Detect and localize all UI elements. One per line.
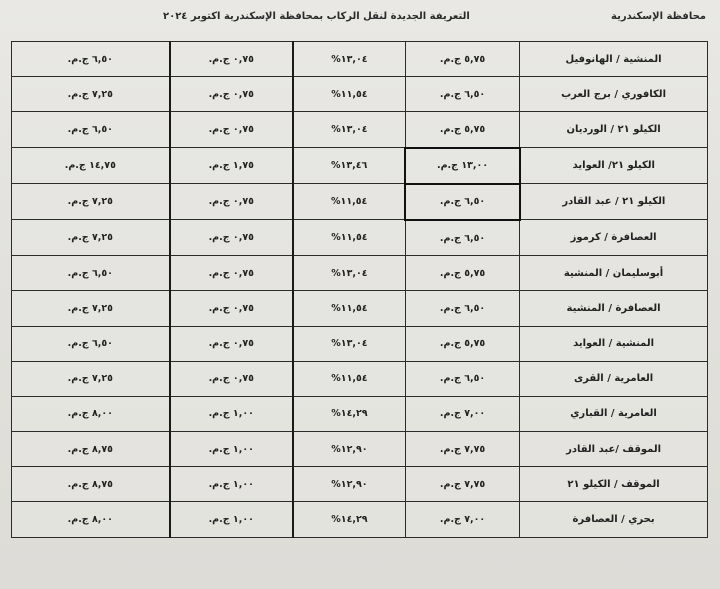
organization-label: محافظة الإسكندرية <box>611 11 706 22</box>
table-row: المنشية / العوايد٥,٧٥ ج.م.%١٣,٠٤٠,٧٥ ج.م… <box>12 326 708 361</box>
table-row: الموقف /عبد القادر٧,٧٥ ج.م.%١٢,٩٠١,٠٠ ج.… <box>12 432 708 467</box>
table-row: الموقف / الكيلو ٢١٧,٧٥ ج.م.%١٢,٩٠١,٠٠ ج.… <box>12 467 708 502</box>
fare-table: المنشية / الهانوفيل٥,٧٥ ج.م.%١٣,٠٤٠,٧٥ ج… <box>11 41 708 538</box>
increase-amount-cell: ٠,٧٥ ج.م. <box>170 326 293 361</box>
old-fare-cell: ٦,٥٠ ج.م. <box>405 184 519 220</box>
table-row: الكيلو ٢١/ العوايد١٣,٠٠ ج.م.%١٣,٤٦١,٧٥ ج… <box>12 148 708 184</box>
increase-percent-cell: %١٣,٠٤ <box>293 256 406 291</box>
table-row: الكيلو ٢١ / الورديان٥,٧٥ ج.م.%١٣,٠٤٠,٧٥ … <box>12 112 708 148</box>
route-cell: الكيلو ٢١ / الورديان <box>520 112 708 148</box>
table-row: العصافرة / كرموز٦,٥٠ ج.م.%١١,٥٤٠,٧٥ ج.م.… <box>12 220 708 256</box>
new-fare-cell: ٦,٥٠ ج.م. <box>12 326 170 361</box>
increase-amount-cell: ١,٧٥ ج.م. <box>170 148 293 184</box>
route-cell: العامرية / القرى <box>520 361 708 396</box>
route-cell: الكافوري / برج العرب <box>520 77 708 112</box>
new-fare-cell: ٧,٢٥ ج.م. <box>12 77 170 112</box>
increase-amount-cell: ٠,٧٥ ج.م. <box>170 256 293 291</box>
table-row: أبوسليمان / المنشية٥,٧٥ ج.م.%١٣,٠٤٠,٧٥ ج… <box>12 256 708 291</box>
increase-percent-cell: %١٢,٩٠ <box>293 467 406 502</box>
route-cell: الموقف /عبد القادر <box>520 432 708 467</box>
increase-percent-cell: %١٢,٩٠ <box>293 432 406 467</box>
increase-percent-cell: %١١,٥٤ <box>293 184 406 220</box>
new-fare-cell: ٧,٢٥ ج.م. <box>12 184 170 220</box>
increase-amount-cell: ٠,٧٥ ج.م. <box>170 77 293 112</box>
new-fare-cell: ٧,٢٥ ج.م. <box>12 361 170 396</box>
new-fare-cell: ٦,٥٠ ج.م. <box>12 256 170 291</box>
increase-amount-cell: ٠,٧٥ ج.م. <box>170 220 293 256</box>
new-fare-cell: ٨,٧٥ ج.م. <box>12 467 170 502</box>
route-cell: بحري / العصافرة <box>520 502 708 537</box>
old-fare-cell: ١٣,٠٠ ج.م. <box>405 148 519 184</box>
increase-amount-cell: ١,٠٠ ج.م. <box>170 432 293 467</box>
route-cell: المنشية / العوايد <box>520 326 708 361</box>
route-cell: الكيلو ٢١ / عبد القادر <box>520 184 708 220</box>
increase-amount-cell: ١,٠٠ ج.م. <box>170 396 293 431</box>
old-fare-cell: ٥,٧٥ ج.م. <box>405 256 519 291</box>
fare-table-body: المنشية / الهانوفيل٥,٧٥ ج.م.%١٣,٠٤٠,٧٥ ج… <box>12 42 708 538</box>
increase-amount-cell: ٠,٧٥ ج.م. <box>170 42 293 77</box>
old-fare-cell: ٥,٧٥ ج.م. <box>405 326 519 361</box>
new-fare-cell: ٧,٢٥ ج.م. <box>12 220 170 256</box>
table-row: العامرية / القرى٦,٥٠ ج.م.%١١,٥٤٠,٧٥ ج.م.… <box>12 361 708 396</box>
new-fare-cell: ١٤,٧٥ ج.م. <box>12 148 170 184</box>
new-fare-cell: ٨,٠٠ ج.م. <box>12 502 170 537</box>
increase-percent-cell: %١١,٥٤ <box>293 361 406 396</box>
old-fare-cell: ٦,٥٠ ج.م. <box>405 220 519 256</box>
route-cell: الكيلو ٢١/ العوايد <box>520 148 708 184</box>
increase-percent-cell: %١٤,٢٩ <box>293 502 406 537</box>
old-fare-cell: ٦,٥٠ ج.م. <box>405 291 519 326</box>
old-fare-cell: ٥,٧٥ ج.م. <box>405 112 519 148</box>
new-fare-cell: ٦,٥٠ ج.م. <box>12 42 170 77</box>
route-cell: أبوسليمان / المنشية <box>520 256 708 291</box>
increase-percent-cell: %١٣,٠٤ <box>293 326 406 361</box>
table-row: الكافوري / برج العرب٦,٥٠ ج.م.%١١,٥٤٠,٧٥ … <box>12 77 708 112</box>
increase-percent-cell: %١٤,٢٩ <box>293 396 406 431</box>
old-fare-cell: ٦,٥٠ ج.م. <box>405 77 519 112</box>
new-fare-cell: ٦,٥٠ ج.م. <box>12 112 170 148</box>
old-fare-cell: ٧,٠٠ ج.م. <box>405 502 519 537</box>
increase-percent-cell: %١١,٥٤ <box>293 77 406 112</box>
old-fare-cell: ٧,٧٥ ج.م. <box>405 467 519 502</box>
increase-percent-cell: %١٣,٠٤ <box>293 42 406 77</box>
old-fare-cell: ٦,٥٠ ج.م. <box>405 361 519 396</box>
table-row: الكيلو ٢١ / عبد القادر٦,٥٠ ج.م.%١١,٥٤٠,٧… <box>12 184 708 220</box>
table-row: العصافرة / المنشية٦,٥٠ ج.م.%١١,٥٤٠,٧٥ ج.… <box>12 291 708 326</box>
table-row: العامرية / القباري٧,٠٠ ج.م.%١٤,٢٩١,٠٠ ج.… <box>12 396 708 431</box>
table-row: بحري / العصافرة٧,٠٠ ج.م.%١٤,٢٩١,٠٠ ج.م.٨… <box>12 502 708 537</box>
increase-amount-cell: ٠,٧٥ ج.م. <box>170 361 293 396</box>
increase-amount-cell: ٠,٧٥ ج.م. <box>170 291 293 326</box>
route-cell: العصافرة / المنشية <box>520 291 708 326</box>
increase-amount-cell: ٠,٧٥ ج.م. <box>170 184 293 220</box>
old-fare-cell: ٧,٧٥ ج.م. <box>405 432 519 467</box>
page-title: التعريفة الجديدة لنقل الركاب بمحافظة الإ… <box>163 11 470 22</box>
page-header: محافظة الإسكندرية التعريفة الجديدة لنقل … <box>0 0 720 34</box>
route-cell: الموقف / الكيلو ٢١ <box>520 467 708 502</box>
increase-percent-cell: %١٣,٠٤ <box>293 112 406 148</box>
route-cell: العامرية / القباري <box>520 396 708 431</box>
increase-percent-cell: %١١,٥٤ <box>293 291 406 326</box>
route-cell: المنشية / الهانوفيل <box>520 42 708 77</box>
increase-amount-cell: ١,٠٠ ج.م. <box>170 502 293 537</box>
route-cell: العصافرة / كرموز <box>520 220 708 256</box>
new-fare-cell: ٨,٠٠ ج.م. <box>12 396 170 431</box>
increase-percent-cell: %١١,٥٤ <box>293 220 406 256</box>
increase-amount-cell: ٠,٧٥ ج.م. <box>170 112 293 148</box>
table-row: المنشية / الهانوفيل٥,٧٥ ج.م.%١٣,٠٤٠,٧٥ ج… <box>12 42 708 77</box>
new-fare-cell: ٨,٧٥ ج.م. <box>12 432 170 467</box>
old-fare-cell: ٧,٠٠ ج.م. <box>405 396 519 431</box>
increase-amount-cell: ١,٠٠ ج.م. <box>170 467 293 502</box>
old-fare-cell: ٥,٧٥ ج.م. <box>405 42 519 77</box>
new-fare-cell: ٧,٢٥ ج.م. <box>12 291 170 326</box>
increase-percent-cell: %١٣,٤٦ <box>293 148 406 184</box>
